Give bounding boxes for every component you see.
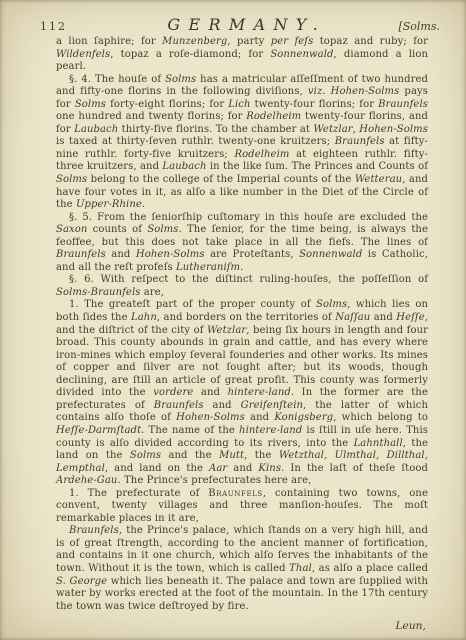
running-title: GERMANY.: [167, 15, 326, 34]
paragraph: §. 5. From the ſeniorſhip cuſtomary in t…: [56, 212, 428, 275]
page-header: 112 GERMANY. [Solms.: [40, 15, 440, 34]
catchword: Leun,: [56, 620, 428, 633]
text-block: a lion ſaphire; for Munzenberg, party pe…: [56, 36, 428, 633]
paragraph: Braunfels, the Prince's palace, which ſt…: [56, 525, 428, 613]
book-page: 112 GERMANY. [Solms. a lion ſaphire; for…: [0, 0, 466, 640]
paragraph: §. 6. With reſpect to the diſtinct rulin…: [56, 274, 428, 299]
page-number: 112: [40, 20, 67, 33]
paragraph: 1. The greateſt part of the proper count…: [56, 299, 428, 487]
paragraph: 1. The prefecturate of Braunfels, contai…: [56, 488, 428, 526]
margin-note: [Solms.: [398, 20, 440, 33]
paragraph: §. 4. The houſe of Solms has a matricula…: [56, 74, 428, 212]
paragraph: a lion ſaphire; for Munzenberg, party pe…: [56, 36, 428, 74]
